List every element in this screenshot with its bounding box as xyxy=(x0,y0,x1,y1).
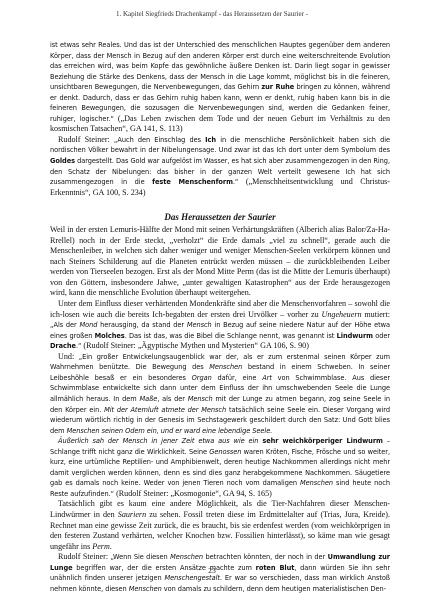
body-text: Und: xyxy=(58,352,79,361)
quote-text: . Das ist das, was die Bibel die Schlang… xyxy=(125,332,337,340)
paragraph-7: Tatsächlich gibt es kaum eine andere Mög… xyxy=(50,499,390,552)
quote-text: „Wenn Sie diesen xyxy=(110,553,170,561)
emphasis: Genossen xyxy=(209,448,241,456)
quote-text: betrachten könnten, der noch in der xyxy=(203,553,328,561)
emphasis: Lindwurm xyxy=(337,332,373,340)
paragraph-3: Weil in der ersten Lemuris-Hälfte der Mo… xyxy=(50,225,390,299)
emphasis: Mond xyxy=(79,321,97,329)
speaker: Rudolf Steiner: xyxy=(58,552,110,561)
emphasis: Drache xyxy=(50,342,76,350)
emphasis: Menschen xyxy=(300,479,333,487)
emphasis: Ich xyxy=(205,136,216,144)
quote-text: „Auch den Einschlag des xyxy=(114,136,205,144)
section-heading: Das Heraussetzen der Saurier xyxy=(50,212,390,222)
paragraph-2: Rudolf Steiner: „Auch den Einschlag des … xyxy=(50,135,390,198)
body-text: mutiert: xyxy=(362,310,390,319)
emphasis: Perm xyxy=(92,542,110,551)
emphasis: sehr weichkörperiger Lindwurm xyxy=(262,437,383,445)
speaker: Rudolf Steiner: xyxy=(58,135,114,144)
emphasis: Ungeheuern xyxy=(322,310,362,319)
quote-text: , als der xyxy=(157,395,187,403)
quote-text: von damals zu schildern, denn dem heutig… xyxy=(162,585,386,593)
quote-text: „Als der xyxy=(50,321,79,329)
page-body: ist etwas sehr Reales. Und das ist der U… xyxy=(50,40,390,594)
emphasis: Menschen xyxy=(209,363,242,371)
emphasis: Menschen xyxy=(170,553,203,561)
emphasis: Mensch xyxy=(188,395,213,403)
quote-text: .“ xyxy=(233,178,246,186)
paragraph-4: Unter dem Einfluss dieser verhärtenden M… xyxy=(50,299,390,352)
quote-text: herausging, da stand der xyxy=(97,321,186,329)
quote-text: Äußerlich sah der Mensch in jener Zeit e… xyxy=(58,437,262,445)
paragraph-5: Und: „Ein großer Entwickelungsaugenblick… xyxy=(50,352,390,436)
emphasis: Menschengestalt xyxy=(165,574,220,582)
page-number: 23 xyxy=(0,566,424,575)
emphasis: zur Ruhe xyxy=(261,83,294,91)
emphasis: Menschen seinen Odem ein, und er ward ei… xyxy=(67,427,273,435)
emphasis: Mit der Atemluft atmete der Mensch xyxy=(104,406,226,414)
running-header: 1. Kapitel Siegfrieds Drachenkampf - das… xyxy=(0,10,424,18)
emphasis: Organ xyxy=(192,374,212,382)
quote-text: oder xyxy=(373,332,390,340)
citation: (Rudolf Steiner: „Ägyptische Mythen und … xyxy=(83,341,308,350)
emphasis: Molches xyxy=(95,332,125,340)
quote-text: dafür, eine xyxy=(212,374,263,382)
body-text: . xyxy=(110,542,112,551)
paragraph-1: ist etwas sehr Reales. Und das ist der U… xyxy=(50,40,390,135)
emphasis: Sauriern xyxy=(118,510,146,519)
emphasis: Mensch xyxy=(187,321,212,329)
paragraph-6: Äußerlich sah der Mensch in jener Zeit e… xyxy=(50,436,390,499)
emphasis: Maße xyxy=(139,395,157,403)
citation: (Rudolf Steiner: „Kosmogonie“, GA 94, S.… xyxy=(116,489,272,498)
emphasis: Goldes xyxy=(50,157,75,165)
emphasis: feste Menschenform xyxy=(152,178,233,186)
emphasis: Art xyxy=(262,374,272,382)
emphasis: Menschen xyxy=(129,585,162,593)
